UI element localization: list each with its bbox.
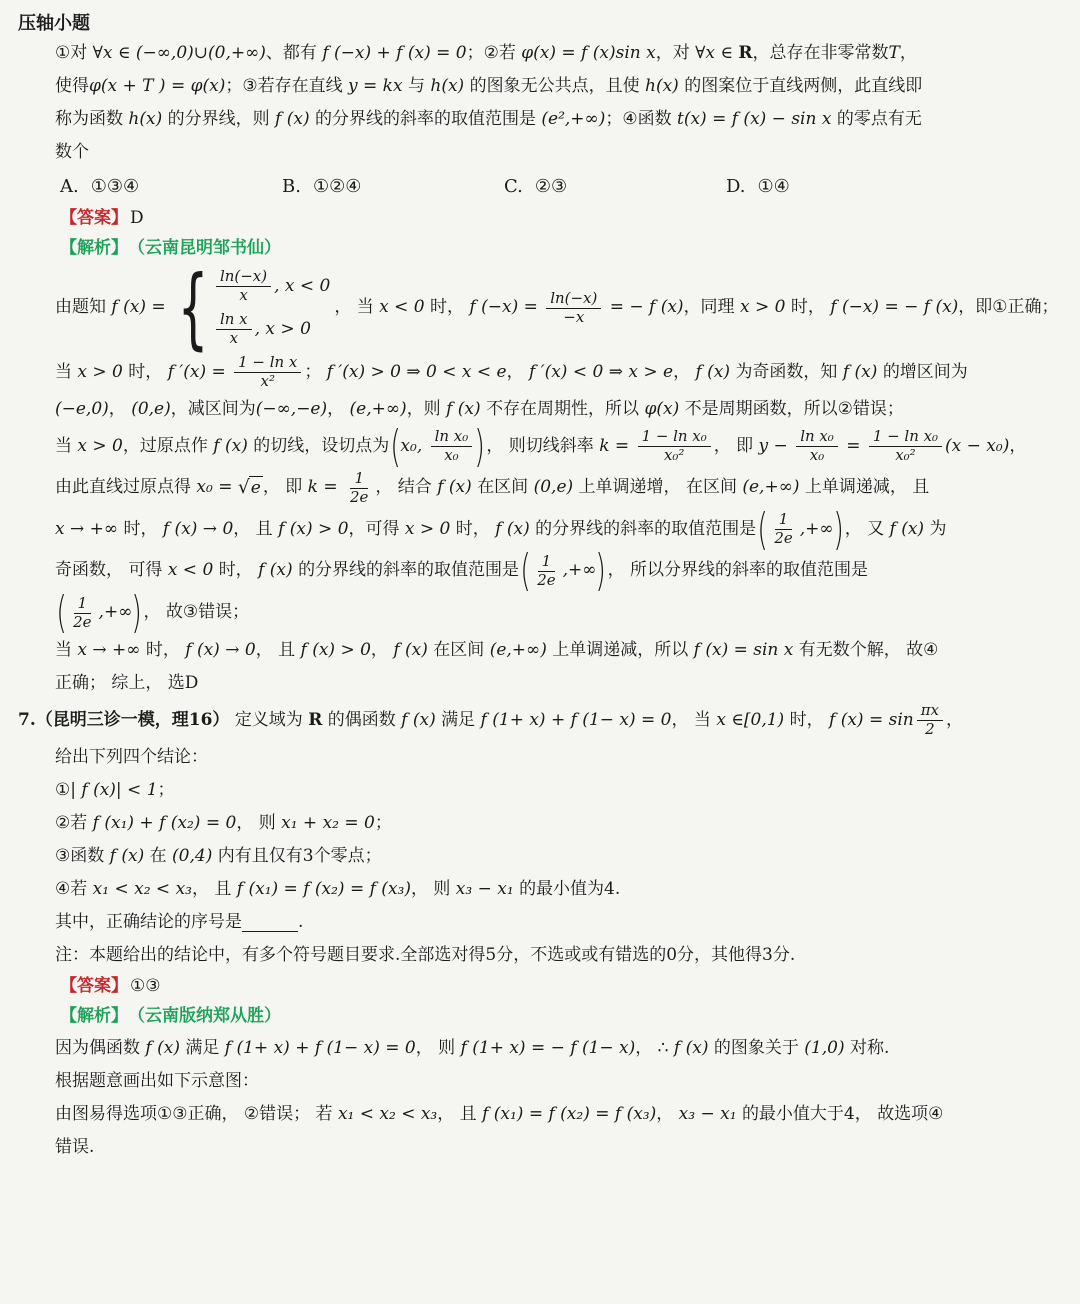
text-run: ，对 <box>656 41 695 67</box>
math-run: (e,+∞) <box>490 638 547 664</box>
text-run: ， 则切线斜率 <box>486 434 599 460</box>
math-run: T <box>889 41 900 67</box>
numerator: ln x₀ <box>431 428 473 447</box>
text-run: ， 且 <box>233 517 278 543</box>
numerator: 1 <box>350 470 368 489</box>
text-run: . <box>298 910 303 936</box>
text-run: 在 <box>144 844 172 870</box>
solution-line-limit-pos: x → +∞ 时， f (x) → 0， 且 f (x) > 0，可得 x > … <box>55 509 1060 551</box>
math-run: f (1+ x) = − f (1− x) <box>461 1036 636 1062</box>
text-run: 、都有 <box>266 41 322 67</box>
math-run: (−e,0) <box>55 397 109 423</box>
text-run: ，即①正确； <box>958 295 1058 321</box>
text-run: 时， <box>784 708 829 734</box>
math-run: f (−x) = − f (x) <box>830 295 958 321</box>
text-run: ， <box>946 708 963 734</box>
left-paren: ( <box>520 550 531 592</box>
analysis-label: 【解析】 <box>60 236 128 262</box>
text-run: ；③若存在直线 <box>225 74 348 100</box>
math-run: x > 0 <box>740 295 785 321</box>
question7-item-4: ④若 x₁ < x₂ < x₃， 且 f (x₁) = f (x₂) = f (… <box>55 873 1060 906</box>
question7-blank-line: 其中，正确结论的序号是. <box>55 906 1060 939</box>
text-run: ， <box>327 397 349 423</box>
text-run: 的分界线的斜率的取值范围是 <box>530 517 756 543</box>
math-run: (0,4) <box>172 844 212 870</box>
fraction: ln(−x)x <box>216 268 271 305</box>
solution-line-range-conclusion: (12e,+∞)， 故③错误； <box>55 592 1060 634</box>
question-line-1: ①对 ∀x ∈ (−∞,0)∪(0,+∞)、都有 f (−x) + f (x) … <box>55 37 1060 70</box>
math-run: f (x) <box>393 638 428 664</box>
text-run: 的图象关于 <box>708 1036 804 1062</box>
text-run: 的最小值大于4， 故选项④ <box>737 1102 944 1128</box>
text-run: 由题知 <box>55 295 111 321</box>
text-run: 其中，正确结论的序号是 <box>55 910 242 936</box>
math-run: x₁ < x₂ < x₃ <box>338 1102 437 1128</box>
fraction: 12e <box>770 511 796 548</box>
math-run: x < 0 <box>379 295 424 321</box>
text-run: 的图象无公共点，且使 <box>470 74 645 100</box>
math-run: f (x) = <box>111 295 171 321</box>
math-run: f (−x) + f (x) = 0 <box>322 41 466 67</box>
text-run: ， <box>1009 434 1026 460</box>
case-rows: ln(−x)x, x < 0ln xx, x > 0 <box>213 266 330 350</box>
text-run: 的分界线，则 <box>168 107 275 133</box>
math-run: f (x) <box>145 1036 180 1062</box>
text-run: ， 当 <box>672 708 717 734</box>
text-run: ；④函数 <box>605 107 677 133</box>
math-run: f (x) <box>695 360 730 386</box>
bold-run: R <box>738 41 752 67</box>
text-run: ， <box>109 397 131 423</box>
text-run: 根据题意画出如下示意图： <box>55 1069 259 1095</box>
math-run: | f (x)| < 1 <box>70 778 157 804</box>
option-value: ①②④ <box>313 176 361 197</box>
text-run: ， <box>656 1102 678 1128</box>
math-run: f (x) → 0 <box>163 517 233 543</box>
fraction: ln(−x)−x <box>546 290 601 327</box>
math-run: f (x) <box>674 1036 709 1062</box>
math-run: = − f (x) <box>604 295 683 321</box>
radicand: e <box>249 476 263 500</box>
denominator: x <box>226 330 242 348</box>
square-root: √e <box>238 476 263 500</box>
option-label: C. <box>504 176 523 197</box>
math-run: (x − x₀) <box>945 434 1009 460</box>
solution-line-tangent: 当 x > 0，过原点作 f (x) 的切线，设切点为(x₀, ln x₀x₀)… <box>55 426 1060 468</box>
option-value: ②③ <box>535 176 567 197</box>
text-run: ，则 <box>407 397 446 423</box>
solution-line-odd: 奇函数， 可得 x < 0 时， f (x) 的分界线的斜率的取值范围是(12e… <box>55 550 1060 592</box>
text-run: 满足 <box>180 1036 225 1062</box>
page: { "page": { "title": "压轴小题" }, "colors":… <box>0 0 1080 1304</box>
left-paren: ( <box>391 426 402 468</box>
math-run: f (x₁) = f (x₂) = f (x₃) <box>482 1102 656 1128</box>
text-run: ③函数 <box>55 844 110 870</box>
math-run: φ(x + T ) = φ(x) <box>89 74 225 100</box>
text-run: 内有且仅有3个零点； <box>212 844 381 870</box>
bold-run: 7.（昆明三诊一模，理16） <box>18 708 229 734</box>
math-run: f (x) > 0 <box>278 517 348 543</box>
text-run: 的分界线的斜率的取值范围是 <box>315 107 541 133</box>
math-run: x₃ − x₁ <box>456 877 514 903</box>
text-run: 当 <box>55 360 77 386</box>
numerator: ln(−x) <box>216 268 271 287</box>
math-run: f (x) > 0 <box>301 638 371 664</box>
text-run: 的图案位于直线两侧，此直线即 <box>684 74 922 100</box>
fraction: 12e <box>69 595 95 632</box>
text-run: ， 则 <box>411 877 456 903</box>
options-row: A.①③④B.①②④C.②③D.①④ <box>60 169 1060 204</box>
section-title: 压轴小题 <box>18 10 1060 37</box>
right-paren: ) <box>596 550 607 592</box>
numerator: 1 <box>775 511 793 530</box>
document-body: ①对 ∀x ∈ (−∞,0)∪(0,+∞)、都有 f (−x) + f (x) … <box>18 37 1060 1164</box>
blank-underline <box>242 913 298 932</box>
math-run: ,+∞ <box>99 600 133 626</box>
question7-item-1: ①| f (x)| < 1； <box>55 774 1060 807</box>
text-run: 满足 <box>436 708 481 734</box>
math-run: h(x) <box>128 107 167 133</box>
denominator: 2e <box>770 530 796 548</box>
document: 压轴小题 ①对 ∀x ∈ (−∞,0)∪(0,+∞)、都有 f (−x) + f… <box>0 0 1080 1170</box>
solution-line-origin: 由此直线过原点得 x₀ = √e， 即 k = 12e， 结合 f (x) 在区… <box>55 468 1060 509</box>
option-b: B.①②④ <box>282 176 504 197</box>
analysis-label: 【解析】 <box>60 1004 128 1030</box>
math-run: f (1+ x) + f (1− x) = 0 <box>481 708 672 734</box>
math-run: x₃ − x₁ <box>679 1102 737 1128</box>
analysis-line-q6: 【解析】（云南昆明邹书仙） <box>60 234 1060 264</box>
question7-item-3: ③函数 f (x) 在 (0,4) 内有且仅有3个零点； <box>55 840 1060 873</box>
q7-solution-line-3: 由图易得选项①③正确， ②错误； 若 x₁ < x₂ < x₃， 且 f (x₁… <box>55 1098 1060 1131</box>
text-run: 时， <box>450 517 495 543</box>
text-run: ，同理 <box>684 295 740 321</box>
answer-label: 【答案】 <box>60 974 128 1000</box>
answer-label: 【答案】 <box>60 206 128 232</box>
math-run: , x < 0 <box>274 274 330 300</box>
text-run: 奇函数， 可得 <box>55 558 168 584</box>
text-run: ， 且 <box>192 877 237 903</box>
q7-solution-line-1: 因为偶函数 f (x) 满足 f (1+ x) + f (1− x) = 0， … <box>55 1032 1060 1065</box>
analysis-source: （云南版纳郑从胜） <box>128 1004 281 1030</box>
math-run: f (x) = sin x <box>694 638 794 664</box>
math-run: f (−x) = <box>469 295 543 321</box>
numerator: ln x₀ <box>796 428 838 447</box>
math-run: (e,+∞) <box>350 397 407 423</box>
math-run: x → +∞ <box>55 517 118 543</box>
text-run: ④若 <box>55 877 93 903</box>
text-run: 正确； 综上， 选D <box>55 671 198 697</box>
option-label: D. <box>726 176 746 197</box>
text-run: 当 <box>55 434 77 460</box>
question-line-3: 称为函数 h(x) 的分界线，则 f (x) 的分界线的斜率的取值范围是 (e²… <box>55 103 1060 136</box>
math-run: f ′(x) = <box>168 360 231 386</box>
text-run: ； <box>158 778 175 804</box>
text-run: ， 且 <box>437 1102 482 1128</box>
numerator: ln x <box>216 311 252 330</box>
math-run: f (x) = sin <box>829 708 914 734</box>
text-run: 的分界线的斜率的取值范围是 <box>293 558 519 584</box>
denominator: x₀² <box>891 447 919 465</box>
math-run: (−∞,−e) <box>256 397 327 423</box>
text-run: ， ∴ <box>635 1036 674 1062</box>
bold-run: R <box>308 708 322 734</box>
paren-group: (x₀, ln x₀x₀) <box>391 426 484 468</box>
text-run: 的偶函数 <box>322 708 401 734</box>
math-run: x₀, <box>400 434 427 460</box>
text-run: 上单调递增， 在区间 <box>573 475 742 501</box>
math-run: (1,0) <box>804 1036 844 1062</box>
text-run: 注：本题给出的结论中，有多个符号题目要求.全部选对得5分，不选或或有错选的0分，… <box>55 943 795 969</box>
text-run: 错误. <box>55 1135 94 1161</box>
text-run: ， 则 <box>236 811 281 837</box>
left-paren: ( <box>56 592 67 634</box>
math-run: f (x) <box>275 107 315 133</box>
text-run: ①对 <box>55 41 93 67</box>
text-run: 由此直线过原点得 <box>55 475 196 501</box>
question-line-4: 数个 <box>55 136 1060 169</box>
text-run: ，过原点作 <box>123 434 213 460</box>
option-label: B. <box>282 176 301 197</box>
option-d: D.①④ <box>726 176 948 197</box>
text-run: ① <box>55 778 70 804</box>
text-run: ， 故③错误； <box>144 600 250 626</box>
math-run: h(x) <box>430 74 469 100</box>
text-run: 不是周期函数，所以②错误； <box>679 397 904 423</box>
math-run: x < 0 <box>168 558 213 584</box>
case-row: ln(−x)x, x < 0 <box>213 266 330 307</box>
numerator: 1 − ln x <box>234 354 301 373</box>
q7-solution-line-4: 错误. <box>55 1131 1060 1164</box>
math-run: f ′(x) > 0 ⇒ 0 < x < e <box>327 360 507 386</box>
denominator: 2e <box>69 614 95 632</box>
text-run: 时， <box>118 517 163 543</box>
text-run: ； <box>304 360 326 386</box>
piecewise-cases: {ln(−x)x, x < 0ln xx, x > 0 <box>175 264 330 352</box>
text-run: ， 又 <box>845 517 890 543</box>
fraction: ln x₀x₀ <box>796 428 838 465</box>
denominator: x₀ <box>440 447 462 465</box>
math-run: = <box>841 434 866 460</box>
answer-line-q7: 【答案】①③ <box>60 972 1060 1002</box>
option-value: ①③④ <box>91 176 139 197</box>
text-run: 的切线，设切点为 <box>248 434 389 460</box>
text-run: 在区间 <box>472 475 534 501</box>
math-run: ,+∞ <box>563 558 597 584</box>
text-run: ； <box>375 811 392 837</box>
left-brace: { <box>178 264 209 352</box>
text-run: 的最小值为4. <box>514 877 621 903</box>
text-run: 因为偶函数 <box>55 1036 145 1062</box>
text-run: 时， <box>123 360 168 386</box>
denominator: x₀ <box>806 447 828 465</box>
math-run: k = <box>308 475 343 501</box>
math-run: x > 0 <box>77 360 122 386</box>
question7-intro: 给出下列四个结论： <box>55 741 1060 774</box>
right-paren: ) <box>132 592 143 634</box>
math-run: , x > 0 <box>255 317 311 343</box>
text-run: ， <box>507 360 529 386</box>
numerator: 1 − ln x₀ <box>869 428 942 447</box>
math-run: ∀x ∈ <box>695 41 738 67</box>
solution-line-intervals: (−e,0)， (0,e)，减区间为(−∞,−e)， (e,+∞)，则 f (x… <box>55 393 1060 426</box>
text-run: ，总存在非零常数 <box>753 41 889 67</box>
text-run: 时， <box>785 295 830 321</box>
right-paren: ) <box>833 509 844 551</box>
math-run: k = <box>599 434 634 460</box>
text-run: 有无数个解， 故④ <box>793 638 938 664</box>
math-run: x > 0 <box>77 434 122 460</box>
text-run: ，可得 <box>349 517 405 543</box>
fraction: 12e <box>533 553 559 590</box>
text-run: ②若 <box>55 811 93 837</box>
math-run: f (x) <box>446 397 481 423</box>
math-run: x > 0 <box>405 517 450 543</box>
text-run: 不存在周期性，所以 <box>481 397 645 423</box>
question-line-2: 使得φ(x + T ) = φ(x)；③若存在直线 y = kx 与 h(x) … <box>55 70 1060 103</box>
denominator: 2 <box>921 721 939 739</box>
denominator: 2e <box>346 489 372 507</box>
text-run: 称为函数 <box>55 107 128 133</box>
option-value: ①④ <box>758 176 790 197</box>
math-run: (0,e) <box>131 397 171 423</box>
math-run: φ(x) <box>644 397 679 423</box>
answer-value: ①③ <box>130 974 160 1000</box>
math-run: f (x) → 0 <box>185 638 255 664</box>
math-run: x₁ + x₂ = 0 <box>281 811 375 837</box>
option-label: A. <box>60 176 79 197</box>
denominator: x₀² <box>660 447 688 465</box>
math-run: f (x) <box>110 844 145 870</box>
math-run: f (x) <box>495 517 530 543</box>
paren-group: (12e,+∞) <box>521 550 606 592</box>
math-run: (e²,+∞) <box>541 107 605 133</box>
text-run: ，减区间为 <box>171 397 256 423</box>
math-run: f (x₁) + f (x₂) = 0 <box>93 811 237 837</box>
math-run: φ(x) = f (x)sin x <box>521 41 655 67</box>
math-run: f (x) <box>437 475 472 501</box>
numerator: πx <box>917 702 943 721</box>
fraction: ln x₀x₀ <box>431 428 473 465</box>
text-run: 上单调递减，所以 <box>547 638 694 664</box>
text-run: 对称. <box>845 1036 890 1062</box>
solution-line-final: 正确； 综上， 选D <box>55 667 1060 700</box>
question7-stem: 7.（昆明三诊一模，理16） 定义域为 R 的偶函数 f (x) 满足 f (1… <box>18 700 1060 741</box>
math-run: x₀ = <box>196 475 237 501</box>
numerator: 1 <box>538 553 556 572</box>
math-run: t(x) = f (x) − sin x <box>677 107 837 133</box>
math-run: ,+∞ <box>800 517 834 543</box>
math-run: (e,+∞) <box>742 475 799 501</box>
math-run: ∀x ∈ (−∞,0)∪(0,+∞) <box>93 41 266 67</box>
right-paren: ) <box>474 426 485 468</box>
numerator: ln(−x) <box>546 290 601 309</box>
text-run: ， 且 <box>256 638 301 664</box>
text-run: ， 结合 <box>375 475 437 501</box>
text-run: ， 则 <box>416 1036 461 1062</box>
math-run: f (x) <box>213 434 248 460</box>
denominator: 2e <box>533 572 559 590</box>
text-run: 数个 <box>55 140 89 166</box>
solution-line-piecewise: 由题知 f (x) = {ln(−x)x, x < 0ln xx, x > 0，… <box>55 264 1060 352</box>
option-c: C.②③ <box>504 176 726 197</box>
paren-group: (12e,+∞) <box>758 509 843 551</box>
fraction: 12e <box>346 470 372 507</box>
text-run: 上单调递减， 且 <box>800 475 930 501</box>
text-run: ， <box>673 360 695 386</box>
math-run: f (x) <box>401 708 436 734</box>
denominator: x <box>235 287 251 305</box>
text-run: 为奇函数，知 <box>730 360 843 386</box>
answer-value: D <box>130 206 144 232</box>
math-run: f ′(x) < 0 ⇒ x > e <box>529 360 673 386</box>
analysis-line-q7: 【解析】（云南版纳郑从胜） <box>60 1002 1060 1032</box>
text-run: 使得 <box>55 74 89 100</box>
math-run: h(x) <box>645 74 684 100</box>
fraction: 1 − ln xx² <box>234 354 301 391</box>
case-row: ln xx, x > 0 <box>213 309 330 350</box>
text-run: 与 <box>408 74 430 100</box>
text-run: ， 所以分界线的斜率的取值范围是 <box>608 558 868 584</box>
numerator: 1 <box>74 595 92 614</box>
text-run: ， 即 <box>263 475 308 501</box>
answer-line-q6: 【答案】D <box>60 204 1060 234</box>
question7-item-2: ②若 f (x₁) + f (x₂) = 0， 则 x₁ + x₂ = 0； <box>55 807 1060 840</box>
math-run: f (x₁) = f (x₂) = f (x₃) <box>237 877 411 903</box>
denominator: −x <box>559 309 588 327</box>
text-run: ；②若 <box>467 41 522 67</box>
fraction: πx2 <box>917 702 943 739</box>
solution-line-infinite-solutions: 当 x → +∞ 时， f (x) → 0， 且 f (x) > 0， f (x… <box>55 634 1060 667</box>
text-run: 给出下列四个结论： <box>55 745 208 771</box>
option-a: A.①③④ <box>60 176 282 197</box>
text-run: 当 <box>55 638 77 664</box>
q7-solution-line-2: 根据题意画出如下示意图： <box>55 1065 1060 1098</box>
math-run: y − <box>759 434 794 460</box>
math-run: x ∈[0,1) <box>716 708 784 734</box>
math-run: x₁ < x₂ < x₃ <box>93 877 192 903</box>
text-run: 由图易得选项①③正确， ②错误； 若 <box>55 1102 338 1128</box>
fraction: 1 − ln x₀x₀² <box>638 428 711 465</box>
math-run: (0,e) <box>534 475 574 501</box>
text-run: 的增区间为 <box>877 360 967 386</box>
text-run: 在区间 <box>428 638 490 664</box>
text-run: ， <box>371 638 393 664</box>
text-run: 时， <box>213 558 258 584</box>
math-run: f (x) <box>890 517 925 543</box>
text-run: ， 即 <box>714 434 759 460</box>
denominator: x² <box>257 373 279 391</box>
math-run: y = kx <box>348 74 408 100</box>
text-run: ， 当 <box>334 295 379 321</box>
text-run: 时， <box>140 638 185 664</box>
math-run: f (x) <box>258 558 293 584</box>
fraction: ln xx <box>216 311 252 348</box>
text-run: 为 <box>924 517 946 543</box>
text-run: 的零点有无 <box>837 107 922 133</box>
text-run: 时， <box>425 295 470 321</box>
text-run: ， <box>900 41 917 67</box>
math-run: x → +∞ <box>77 638 140 664</box>
left-paren: ( <box>757 509 768 551</box>
paren-group: (12e,+∞) <box>57 592 142 634</box>
text-run: 定义域为 <box>229 708 308 734</box>
math-run: f (1+ x) + f (1− x) = 0 <box>225 1036 416 1062</box>
question7-note: 注：本题给出的结论中，有多个符号题目要求.全部选对得5分，不选或或有错选的0分，… <box>55 939 1060 972</box>
fraction: 1 − ln x₀x₀² <box>869 428 942 465</box>
numerator: 1 − ln x₀ <box>638 428 711 447</box>
math-run: f (x) <box>843 360 878 386</box>
